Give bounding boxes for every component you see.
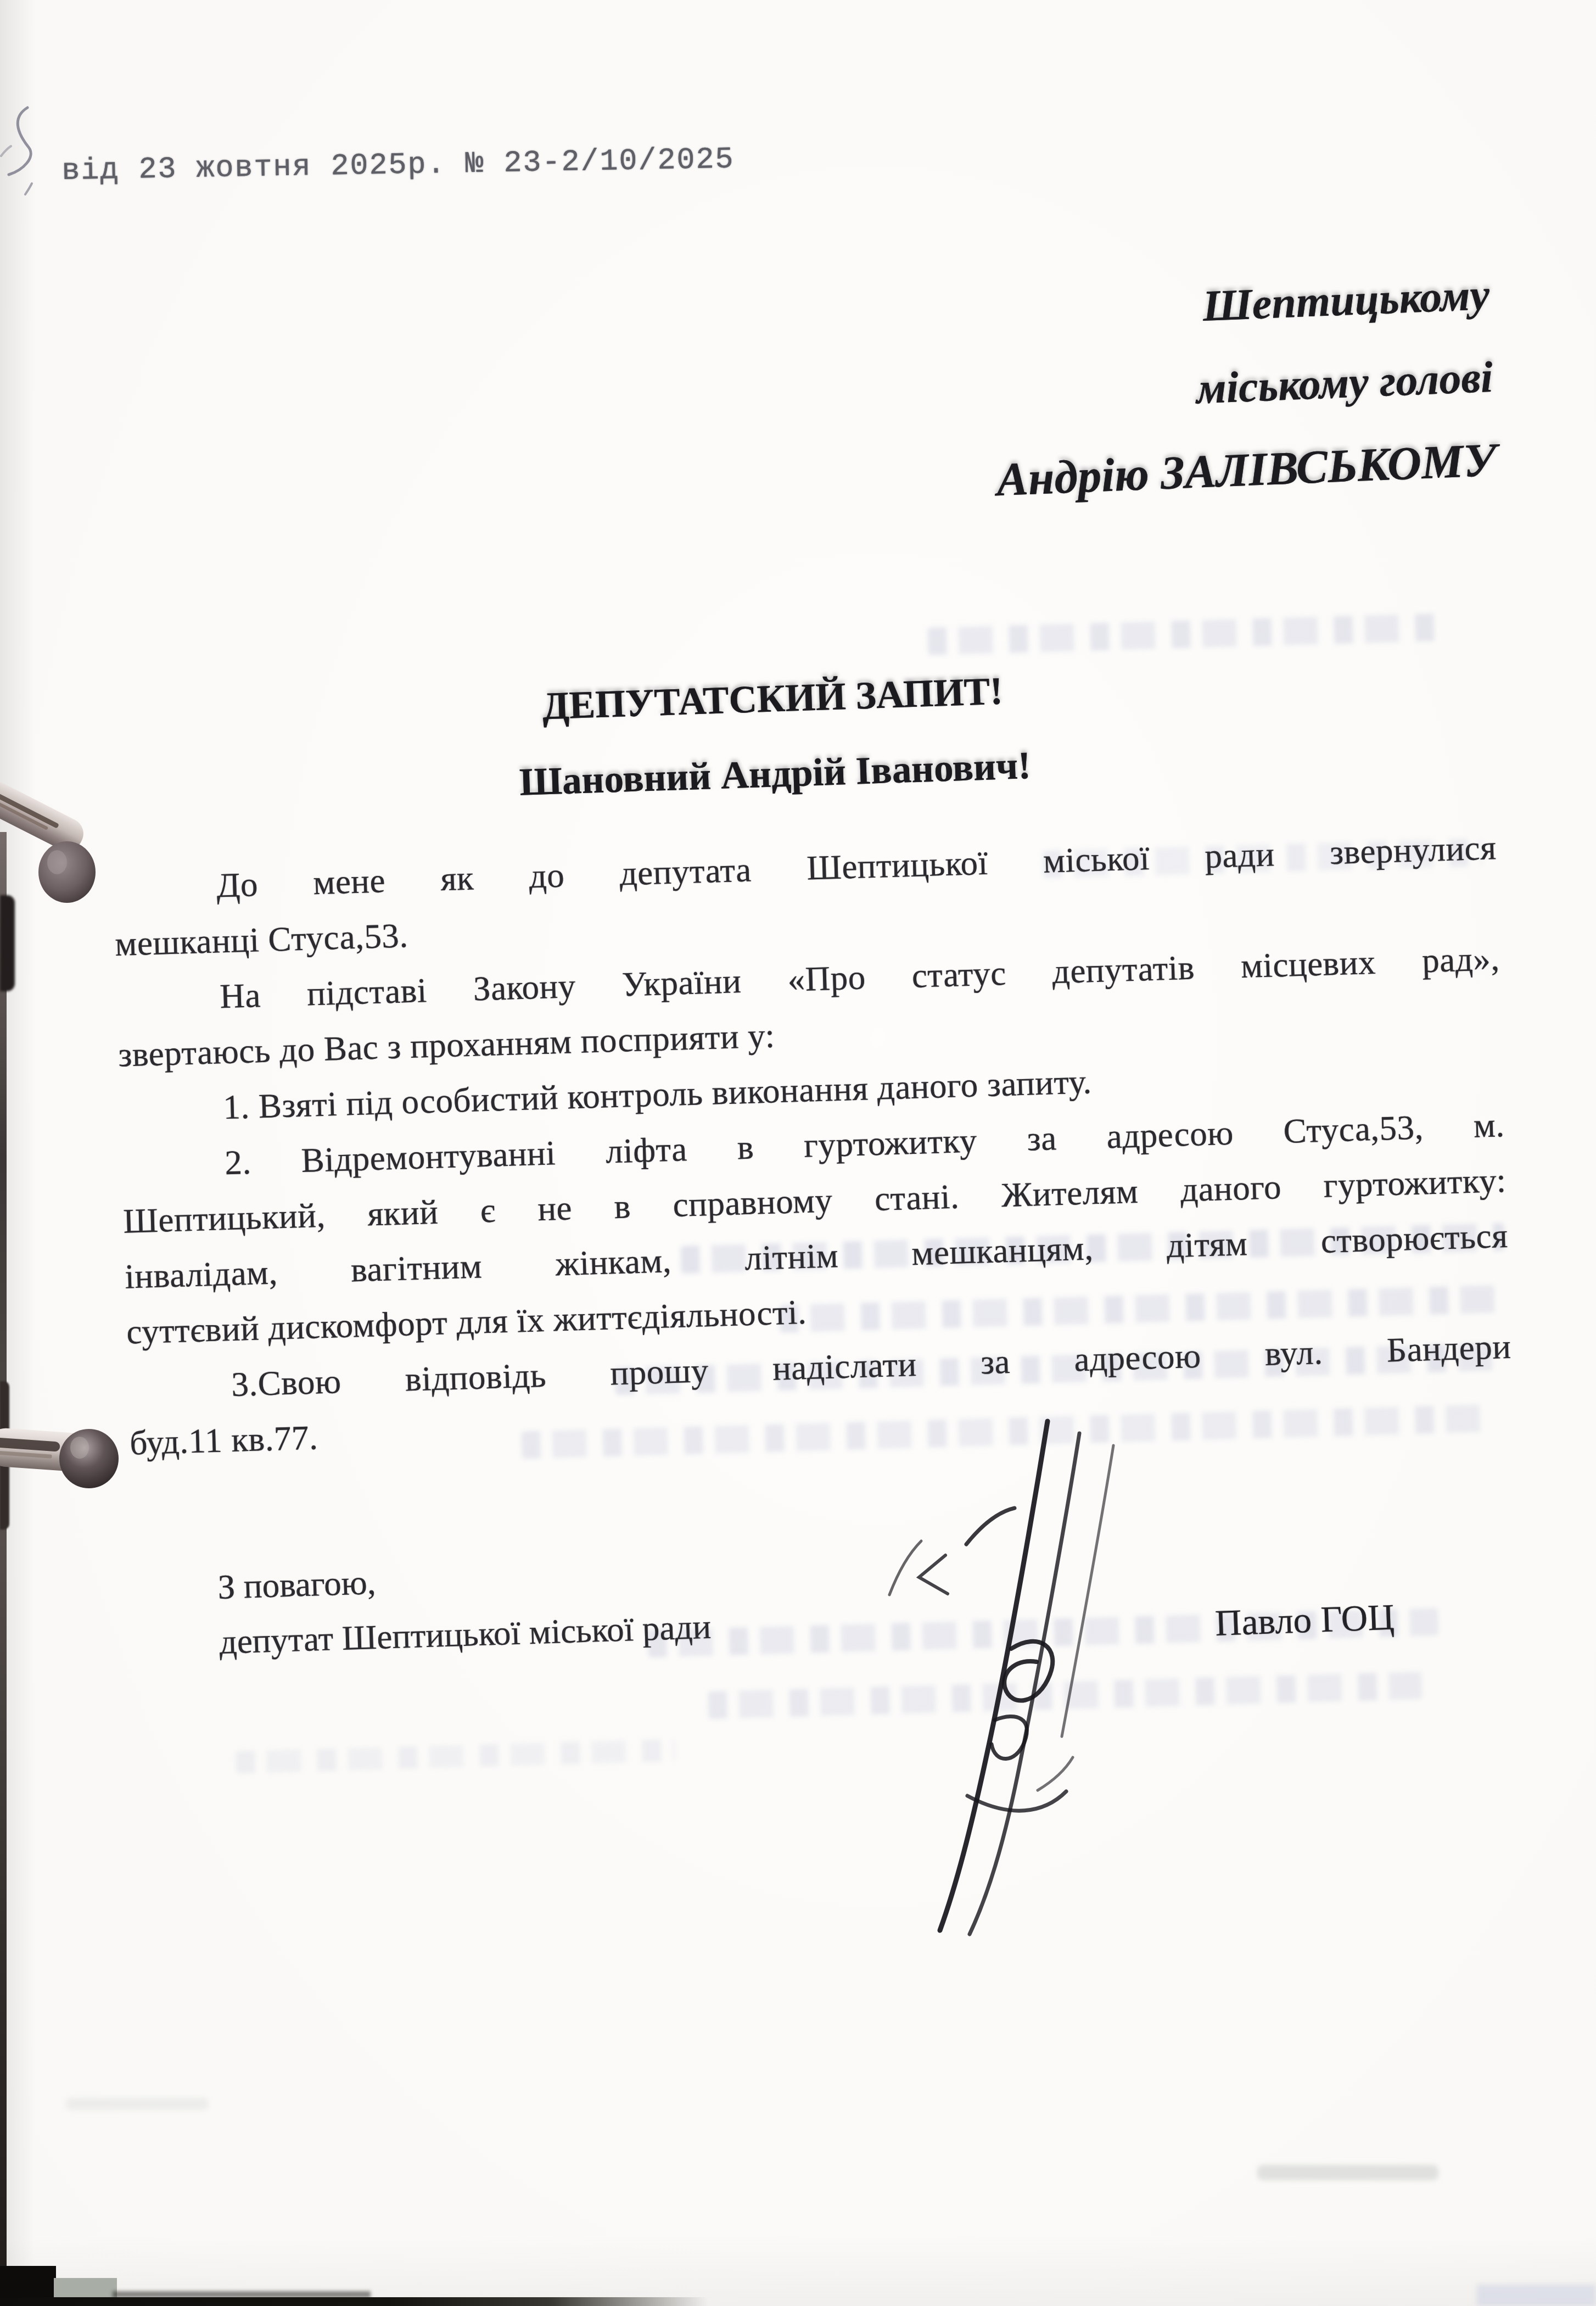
closing-block: З повагою, депутат Шептицької міської ра… [217, 1544, 712, 1670]
binder-clip-top [0, 763, 126, 912]
document-title: ДЕПУТАТСКИЙ ЗАПИТ! Шановний Андрій Івано… [382, 649, 1166, 825]
scan-edge-bottom-strip [113, 2291, 371, 2298]
addressee-block: Шептицькому міському голові Андрію ЗАЛІВ… [690, 254, 1498, 533]
scan-edge-bottom-strip [0, 2297, 708, 2306]
binder-spine-shadow [0, 832, 7, 2306]
scanned-letter-page: { "page": { "stamp": "від 23 жовтня 2025… [0, 0, 1596, 2306]
scan-edge-bottom-right-tint [1477, 2285, 1596, 2306]
handwritten-signature [802, 1411, 1197, 1939]
bleed-through-line [927, 613, 1438, 655]
registration-stamp: від 23 жовтня 2025р. № 23-2/10/2025 [61, 142, 735, 188]
letter-body: До мене як до депутата Шептицької місько… [113, 820, 1514, 1471]
scan-smudge [1257, 2165, 1438, 2180]
scan-smudge [66, 2098, 209, 2110]
handwritten-corner-mark [0, 103, 44, 197]
binder-clip-bottom [0, 1404, 137, 1530]
signer-name: Павло ГОЦ [1214, 1596, 1395, 1645]
bleed-through-line [236, 1739, 676, 1773]
